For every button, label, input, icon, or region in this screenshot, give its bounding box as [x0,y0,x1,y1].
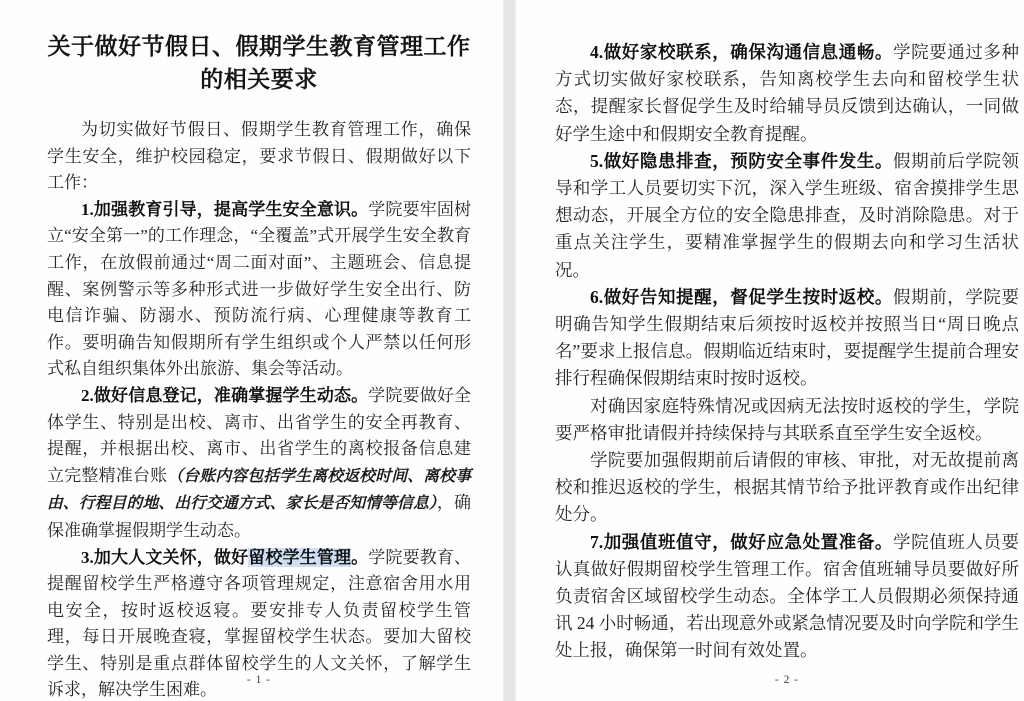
page-number-1: - 1 - [47,674,471,686]
document-title: 关于做好节假日、假期学生教育管理工作 的相关要求 [47,30,471,96]
paragraph: 4.做好家校联系，确保沟通信息通畅。学院要通过多种方式切实做好家校联系，告知离校… [555,39,1019,148]
document-title-line-2: 的相关要求 [47,63,471,96]
text-segment: 5.做好隐患排查，预防安全事件发生。 [590,151,893,171]
text-segment: 对确因家庭特殊情况或因病无法按时返校的学生，学院要严格审批请假并持续保持与其联系… [555,396,1019,443]
text-segment: 为切实做好节假日、假期学生教育管理工作，确保学生安全，维护校园稳定，要求节假日、… [47,120,471,192]
document-title-line-1: 关于做好节假日、假期学生教育管理工作 [47,30,471,63]
page-1-content: 关于做好节假日、假期学生教育管理工作 的相关要求 为切实做好节假日、假期学生教育… [47,30,471,701]
document-page-1: 关于做好节假日、假期学生教育管理工作 的相关要求 为切实做好节假日、假期学生教育… [0,0,503,701]
paragraph: 对确因家庭特殊情况或因病无法按时返校的学生，学院要严格审批请假并持续保持与其联系… [555,393,1019,447]
paragraph: 学院要加强假期前后请假的审核、审批，对无故提前离校和推迟返校的学生，根据其情节给… [555,447,1019,529]
document-page-2: 4.做好家校联系，确保沟通信息通畅。学院要通过多种方式切实做好家校联系，告知离校… [516,0,1024,701]
text-segment: 2.做好信息登记，准确掌握学生动态。 [81,386,368,405]
paragraph: 7.加强值班值守，做好应急处置准备。学院值班人员要认真做好假期留校学生管理工作。… [555,529,1019,665]
paragraph: 6.做好告知提醒，督促学生按时返校。假期前，学院要明确告知学生假期结束后须按时返… [555,284,1019,393]
text-segment: 学院要牢固树立“安全第一”的工作理念，“全覆盖”式开展学生安全教育工作，在放假前… [47,200,471,379]
text-segment: 4.做好家校联系，确保沟通信息通畅。 [590,42,893,62]
page-body: 为切实做好节假日、假期学生教育管理工作，确保学生安全，维护校园稳定，要求节假日、… [47,117,471,701]
text-segment: 3.加大人文关怀，做好 [81,548,248,567]
text-segment: 6.做好告知提醒，督促学生按时返校。 [590,287,893,307]
page-divider [503,0,516,701]
text-segment: 。 [351,548,368,567]
paragraph: 1.加强教育引导，提高学生安全意识。学院要牢固树立“安全第一”的工作理念，“全覆… [47,197,471,383]
text-segment: 1.加强教育引导，提高学生安全意识。 [81,200,368,219]
text-segment: 学院要加强假期前后请假的审核、审批，对无故提前离校和推迟返校的学生，根据其情节给… [555,450,1019,524]
page-body: 4.做好家校联系，确保沟通信息通畅。学院要通过多种方式切实做好家校联系，告知离校… [555,39,1019,665]
text-segment: 7.加强值班值守，做好应急处置准备。 [590,532,893,552]
paragraph: 2.做好信息登记，准确掌握学生动态。学院要做好全体学生、特别是出校、离市、出省学… [47,383,471,545]
paragraph: 为切实做好节假日、假期学生教育管理工作，确保学生安全，维护校园稳定，要求节假日、… [47,117,471,197]
paragraph: 5.做好隐患排查，预防安全事件发生。假期前后学院领导和学工人员要切实下沉，深入学… [555,148,1019,284]
page-2-content: 4.做好家校联系，确保沟通信息通畅。学院要通过多种方式切实做好家校联系，告知离校… [555,39,1019,665]
document-viewer: 关于做好节假日、假期学生教育管理工作 的相关要求 为切实做好节假日、假期学生教育… [0,0,1024,701]
page-number-2: - 2 - [555,674,1019,686]
highlighted-text: 留校学生管理 [248,548,351,567]
